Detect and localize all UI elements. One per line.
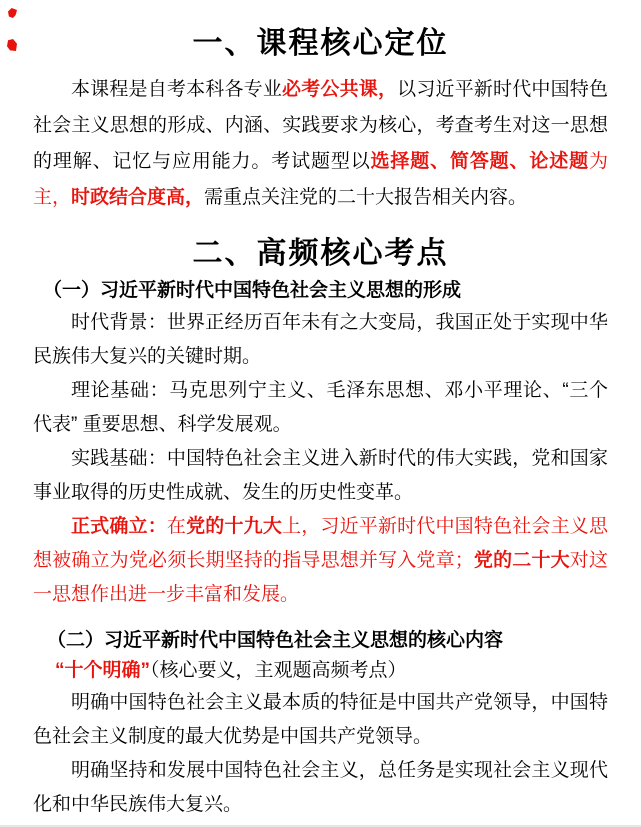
ten-clarifications-label: “十个明确”（核心要义，主观题高频考点） [33, 656, 608, 686]
official-establishment-paragraph: 正式确立：在党的十九大上，习近平新时代中国特色社会主义思想被确立为党必须长期坚持… [33, 510, 608, 612]
red-annotation-mark-icon [7, 39, 17, 51]
text-run: 需重点关注党的二十大报告相关内容。 [204, 187, 527, 208]
section2-title: 二、高频核心考点 [33, 234, 608, 274]
highlight-run: 时政结合度高， [71, 187, 204, 208]
text-run: 本课程是自考本科各专业 [71, 79, 282, 100]
course-position-paragraph: 本课程是自考本科各专业必考公共课，以习近平新时代中国特色社会主义思想的形成、内涵… [33, 72, 608, 216]
clarification2-paragraph: 明确坚持和发展中国特色社会主义，总任务是实现社会主义现代化和中华民族伟大复兴。 [33, 754, 608, 822]
clarification1-paragraph: 明确中国特色社会主义最本质的特征是中国共产党领导，中国特色社会主义制度的最大优势… [33, 686, 608, 754]
highlight-run: 正式确立： [71, 516, 167, 537]
highlight-run: 必考公共课， [282, 79, 397, 100]
subsection1-heading: （一）习近平新时代中国特色社会主义思想的形成 [33, 276, 608, 306]
highlight-run: 选择题、简答题、论述题 [371, 151, 589, 172]
practice-basis-paragraph: 实践基础：中国特色社会主义进入新时代的伟大实践，党和国家事业取得的历史性成就、发… [33, 442, 608, 510]
section1-title: 一、课程核心定位 [33, 24, 608, 64]
highlight-run: “十个明确” [55, 660, 150, 681]
highlight-run: 党的二十大 [474, 550, 570, 571]
text-run: （核心要义，主观题高频考点） [150, 660, 407, 681]
document-page: 一、课程核心定位 本课程是自考本科各专业必考公共课，以习近平新时代中国特色社会主… [0, 0, 641, 827]
highlight-run: 党的十九大 [186, 516, 282, 537]
red-run: 在 [167, 516, 186, 537]
red-annotation-mark-icon [8, 8, 17, 18]
theory-basis-paragraph: 理论基础：马克思列宁主义、毛泽东思想、邓小平理论、“三个代表” 重要思想、科学发… [33, 374, 608, 442]
section2-content: （一）习近平新时代中国特色社会主义思想的形成 时代背景：世界正经历百年未有之大变… [33, 276, 608, 822]
era-background-paragraph: 时代背景：世界正经历百年未有之大变局，我国正处于实现中华民族伟大复兴的关键时期。 [33, 306, 608, 374]
subsection2-heading: （二）习近平新时代中国特色社会主义思想的核心内容 [33, 626, 608, 656]
